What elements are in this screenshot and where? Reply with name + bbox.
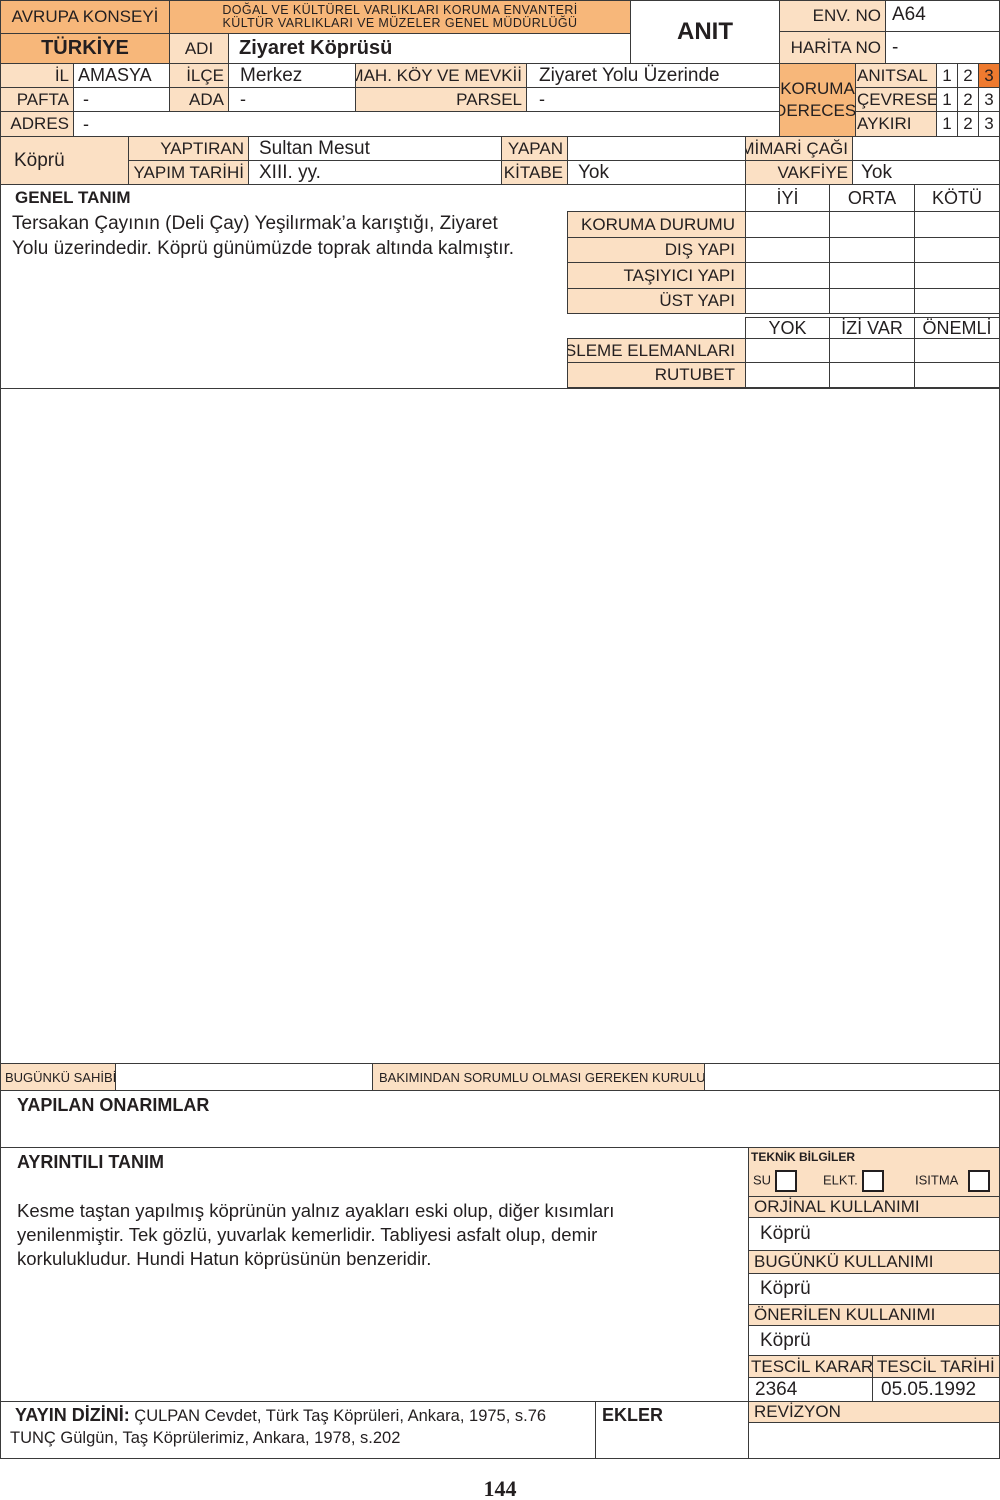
ornament-row-label: SÜSLEME ELEMANLARI	[567, 338, 746, 363]
yapim-tarihi-value: XIII. yy.	[248, 160, 502, 185]
koruma-row-aykiri: AYKIRI	[855, 111, 937, 137]
il-label: İL	[0, 63, 74, 88]
condition-cell[interactable]	[914, 237, 1000, 263]
pafta-value: -	[73, 87, 170, 112]
ornament-cell[interactable]	[829, 362, 915, 388]
condition-cell[interactable]	[745, 237, 830, 263]
page-number: 144	[0, 1476, 1000, 1500]
yaptiran-value: Sultan Mesut	[248, 136, 502, 161]
tescil-karari-value: 2364	[748, 1377, 873, 1402]
ornament-row-label: RUTUBET	[567, 362, 746, 388]
ekler-title: EKLER	[602, 1405, 663, 1426]
revizyon-label: REVİZYON	[748, 1401, 1000, 1423]
adres-label: ADRES	[0, 111, 74, 137]
onerilen-value: Köprü	[748, 1325, 1000, 1356]
parsel-label: PARSEL	[355, 87, 527, 112]
condition-row-label: DIŞ YAPI	[567, 237, 746, 263]
bugunku-value: Köprü	[748, 1273, 1000, 1305]
koruma-option-1[interactable]: 1	[936, 111, 958, 137]
condition-cell[interactable]	[745, 211, 830, 238]
orjinal-value: Köprü	[748, 1217, 1000, 1251]
mimari-cagi-value	[852, 136, 1000, 161]
country-label: TÜRKİYE	[0, 33, 170, 64]
elkt-field: ELKT.	[823, 1170, 884, 1192]
yapim-tarihi-label: YAPIM TARİHİ	[128, 160, 249, 185]
mevki-value: Ziyaret Yolu Üzerinde	[526, 63, 780, 88]
ilce-label: İLÇE	[169, 63, 229, 88]
koruma-derecesi-label: KORUMA DERECESİ	[779, 63, 856, 137]
condition-cell[interactable]	[829, 262, 915, 289]
koruma-option-2[interactable]: 2	[957, 63, 979, 88]
koruma-option-1[interactable]: 1	[936, 63, 958, 88]
teknik-title: TEKNİK BİLGİLER	[751, 1150, 855, 1164]
adi-value: Ziyaret Köprüsü	[228, 33, 631, 64]
koruma-option-3[interactable]: 3	[978, 63, 1000, 88]
koruma-option-2[interactable]: 2	[957, 87, 979, 112]
condition-cell[interactable]	[829, 211, 915, 238]
condition-cell[interactable]	[745, 288, 830, 314]
ada-label: ADA	[169, 87, 229, 112]
tescil-tarihi-label: TESCİL TARİHİ	[872, 1355, 1000, 1378]
revizyon-value	[748, 1422, 1000, 1459]
il-value: AMASYA	[73, 63, 170, 88]
ilce-value: Merkez	[228, 63, 356, 88]
condition-row-label: TAŞIYICI YAPI	[567, 262, 746, 289]
vakfiye-label: VAKFİYE	[745, 160, 853, 185]
su-checkbox[interactable]	[775, 1170, 797, 1192]
adi-label: ADI	[169, 33, 229, 64]
tescil-karari-label: TESCİL KARARI	[748, 1355, 873, 1378]
genel-tanim-title: GENEL TANIM	[15, 188, 131, 208]
ada-value: -	[228, 87, 356, 112]
photo-area	[0, 388, 1000, 1064]
condition-cell[interactable]	[745, 262, 830, 289]
koruma-option-2[interactable]: 2	[957, 111, 979, 137]
bugunku-label: BUGÜNKÜ KULLANIMI	[748, 1250, 1000, 1274]
onarimlar-title: YAPILAN ONARIMLAR	[17, 1095, 209, 1116]
ornament-cell[interactable]	[914, 362, 1000, 388]
ornament-cell[interactable]	[745, 362, 830, 388]
yayin-dizini-line-2: TUNÇ Gülgün, Taş Köprülerimiz, Ankara, 1…	[10, 1429, 400, 1448]
kitabe-label: KİTABE	[501, 160, 568, 185]
onarimlar-section: YAPILAN ONARIMLAR	[0, 1090, 1000, 1148]
condition-row-label: KORUMA DURUMU	[567, 211, 746, 238]
condition-cell[interactable]	[829, 288, 915, 314]
adres-value: -	[73, 111, 780, 137]
ayrintili-tanim-title: AYRINTILI TANIM	[17, 1152, 164, 1173]
koruma-row-anitsal: ANITSAL	[855, 63, 937, 88]
vakfiye-value: Yok	[852, 160, 1000, 185]
sahibi-value	[115, 1063, 373, 1091]
condition-cell[interactable]	[914, 211, 1000, 238]
koruma-option-3[interactable]: 3	[978, 87, 1000, 112]
pafta-label: PAFTA	[0, 87, 74, 112]
ekler-section: EKLER	[595, 1401, 749, 1459]
kurulus-value	[704, 1063, 1000, 1091]
condition-cell[interactable]	[914, 262, 1000, 289]
ornament-cell[interactable]	[745, 338, 830, 363]
isitma-field: ISITMA	[915, 1170, 990, 1192]
teknik-bilgiler-box: TEKNİK BİLGİLER SU ELKT. ISITMA	[748, 1147, 1000, 1197]
onerilen-label: ÖNERİLEN KULLANIMI	[748, 1304, 1000, 1326]
harita-no-label: HARİTA NO	[779, 31, 886, 64]
ayrintili-tanim-text: Kesme taştan yapılmış köprünün yalnız ay…	[17, 1199, 614, 1271]
condition-cell[interactable]	[914, 288, 1000, 314]
harita-no-value: -	[885, 31, 1000, 64]
ayrintili-tanim-section: AYRINTILI TANIM Kesme taştan yapılmış kö…	[0, 1147, 749, 1402]
env-no-value: A64	[885, 0, 1000, 32]
ornament-cell[interactable]	[829, 338, 915, 363]
koruma-option-3[interactable]: 3	[978, 111, 1000, 137]
yayin-dizini-section: YAYIN DİZİNİ: ÇULPAN Cevdet, Türk Taş Kö…	[0, 1401, 596, 1459]
elkt-checkbox[interactable]	[862, 1170, 884, 1192]
ornament-col-header: İZİ VAR	[829, 317, 915, 339]
condition-row-label: ÜST YAPI	[567, 288, 746, 314]
tescil-tarihi-value: 05.05.1992	[872, 1377, 1000, 1402]
su-field: SU	[753, 1170, 797, 1192]
ornament-col-header: YOK	[745, 317, 830, 339]
yapan-value	[567, 136, 746, 161]
orjinal-label: ORJİNAL KULLANIMI	[748, 1196, 1000, 1218]
yayin-dizini-line-1: YAYIN DİZİNİ: ÇULPAN Cevdet, Türk Taş Kö…	[15, 1405, 546, 1426]
condition-col-header: İYİ	[745, 184, 830, 212]
structure-type: Köprü	[0, 136, 129, 185]
env-no-label: ENV. NO	[779, 0, 886, 32]
yapan-label: YAPAN	[501, 136, 568, 161]
ministry-header: DOĞAL VE KÜLTÜREL VARLIKLARI KORUMA ENVA…	[169, 0, 631, 34]
koruma-option-1[interactable]: 1	[936, 87, 958, 112]
condition-col-header: KÖTÜ	[914, 184, 1000, 212]
koruma-row-çevresel: ÇEVRESEL	[855, 87, 937, 112]
mevki-label: MAH. KÖY VE MEVKİİ	[355, 63, 527, 88]
kurulus-label: BAKIMINDAN SORUMLU OLMASI GEREKEN KURULU…	[372, 1063, 705, 1091]
condition-cell[interactable]	[829, 237, 915, 263]
ornament-cell[interactable]	[914, 338, 1000, 363]
ministry-line-2: KÜLTÜR VARLIKLARI VE MÜZELER GENEL MÜDÜR…	[170, 17, 630, 30]
genel-tanim-text: Tersakan Çayının (Deli Çay) Yeşilırmak’a…	[12, 211, 514, 261]
parsel-value: -	[526, 87, 780, 112]
ornament-col-header: ÖNEMLİ	[914, 317, 1000, 339]
sahibi-label: BUGÜNKÜ SAHİBİ	[0, 1063, 116, 1091]
condition-col-header: ORTA	[829, 184, 915, 212]
kitabe-value: Yok	[567, 160, 746, 185]
isitma-checkbox[interactable]	[968, 1170, 990, 1192]
yaptiran-label: YAPTIRAN	[128, 136, 249, 161]
council-label: AVRUPA KONSEYİ	[0, 0, 170, 34]
category-title: ANIT	[630, 0, 780, 64]
mimari-cagi-label: MİMARİ ÇAĞI	[745, 136, 853, 161]
